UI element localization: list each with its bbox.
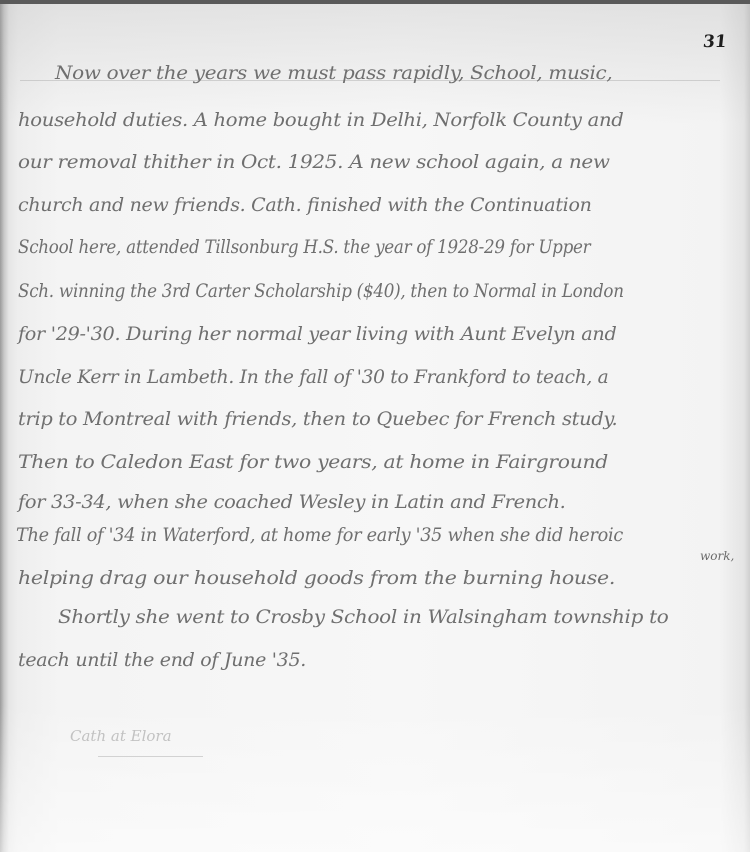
text-line-6: Sch. winning the 3rd Carter Scholarship … (18, 280, 624, 302)
text-line-14: Shortly she went to Crosby School in Wal… (58, 606, 668, 628)
caption-underline (98, 756, 203, 757)
text-line-5: School here, attended Tillsonburg H.S. t… (18, 236, 590, 258)
text-line-2: household duties. A home bought in Delhi… (18, 109, 623, 131)
text-line-10: Then to Caledon East for two years, at h… (18, 451, 608, 473)
journal-page: 31 Now over the years we must pass rapid… (0, 0, 750, 852)
page-number: 31 (702, 32, 728, 52)
text-line-4: church and new friends. Cath. finished w… (18, 194, 592, 216)
text-line-11: for 33-34, when she coached Wesley in La… (18, 491, 566, 513)
text-line-12: The fall of '34 in Waterford, at home fo… (16, 524, 623, 546)
text-line-13: helping drag our household goods from th… (18, 567, 615, 589)
text-line-3: our removal thither in Oct. 1925. A new … (18, 151, 610, 173)
text-line-7: for '29-'30. During her normal year livi… (18, 323, 616, 345)
text-line-9: trip to Montreal with friends, then to Q… (18, 408, 617, 430)
text-line-1: Now over the years we must pass rapidly,… (55, 62, 612, 84)
text-line-15: teach until the end of June '35. (18, 649, 306, 671)
inserted-word: work, (700, 549, 734, 563)
photo-caption: Cath at Elora (70, 727, 172, 745)
text-line-8: Uncle Kerr in Lambeth. In the fall of '3… (18, 366, 608, 388)
